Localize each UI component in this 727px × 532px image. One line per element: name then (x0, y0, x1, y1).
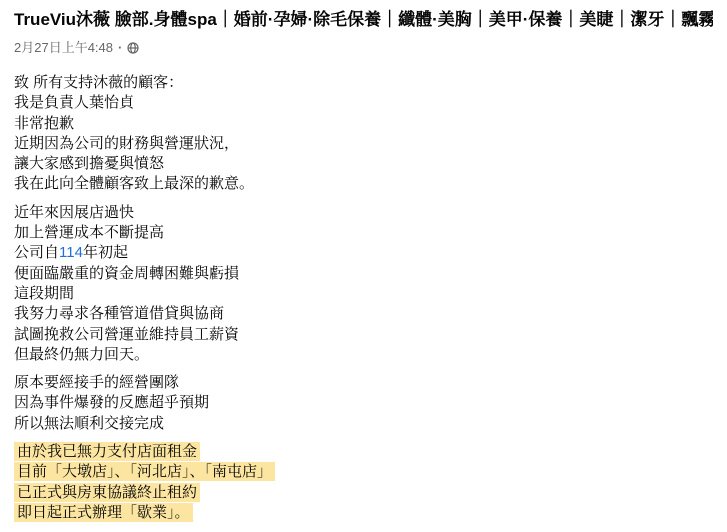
post-line: 但最終仍無力回天。 (14, 345, 713, 365)
post-line: 所以無法順利交接完成 (14, 414, 713, 434)
post-line: 近年來因展店過快 (14, 203, 713, 223)
body-text: 公司自114年初起 (14, 244, 128, 261)
body-text: 這段期間 (14, 285, 74, 302)
post-line: 這段期間 (14, 284, 713, 304)
highlighted-text: 目前「大墩店」、「河北店」、「南屯店」 (14, 462, 275, 481)
post-paragraph: 近年來因展店過快加上營運成本不斷提高公司自114年初起便面臨嚴重的資金周轉困難與… (14, 203, 713, 365)
post-line: 已正式與房東協議終止租約 (14, 483, 713, 503)
post-line: 因為事件爆發的反應超乎預期 (14, 393, 713, 413)
body-text: 我在此向全體顧客致上最深的歉意。 (14, 175, 254, 192)
post-line: 致 所有支持沐薇的顧客： (14, 73, 713, 93)
post-paragraph: 致 所有支持沐薇的顧客：我是負責人葉怡貞非常抱歉近期因為公司的財務與營運狀況，讓… (14, 73, 713, 195)
post-line: 試圖挽救公司營運並維持員工薪資 (14, 325, 713, 345)
page-name[interactable]: TrueViu沐薇 臉部.身體spa｜婚前·孕婦·除毛保養｜纖體·美胸｜美甲·保… (14, 9, 713, 31)
post-line: 讓大家感到擔憂與憤怒 (14, 154, 713, 174)
highlighted-text: 即日起正式辦理「歇業」。 (14, 503, 193, 522)
body-text: 我是負責人葉怡貞 (14, 94, 134, 111)
post-line: 即日起正式辦理「歇業」。 (14, 503, 713, 523)
body-text: 加上營運成本不斷提高 (14, 224, 164, 241)
body-text: 便面臨嚴重的資金周轉困難與虧損 (14, 265, 239, 282)
post-line: 原本要經接手的經營團隊 (14, 373, 713, 393)
post-line: 非常抱歉 (14, 114, 713, 134)
body-text: 非常抱歉 (14, 115, 74, 132)
body-text: 致 所有支持沐薇的顧客： (14, 74, 183, 91)
body-text: 試圖挽救公司營運並維持員工薪資 (14, 326, 239, 343)
post-line: 公司自114年初起 (14, 243, 713, 263)
post-body: 致 所有支持沐薇的顧客：我是負責人葉怡貞非常抱歉近期因為公司的財務與營運狀況，讓… (14, 73, 713, 523)
body-text: 因為事件爆發的反應超乎預期 (14, 394, 209, 411)
body-text: 但最終仍無力回天。 (14, 346, 149, 363)
inline-link[interactable]: 114 (59, 244, 83, 261)
highlighted-text: 已正式與房東協議終止租約 (14, 483, 200, 502)
post-line: 我在此向全體顧客致上最深的歉意。 (14, 174, 713, 194)
body-text: 讓大家感到擔憂與憤怒 (14, 155, 164, 172)
timestamp[interactable]: 2月27日上午4:48 (14, 40, 113, 56)
facebook-post: TrueViu沐薇 臉部.身體spa｜婚前·孕婦·除毛保養｜纖體·美胸｜美甲·保… (0, 0, 727, 532)
body-text: 我努力尋求各種管道借貸與協商 (14, 305, 224, 322)
post-line: 我是負責人葉怡貞 (14, 93, 713, 113)
post-line: 目前「大墩店」、「河北店」、「南屯店」 (14, 462, 713, 482)
post-paragraph: 由於我已無力支付店面租金目前「大墩店」、「河北店」、「南屯店」已正式與房東協議終… (14, 442, 713, 523)
post-line: 便面臨嚴重的資金周轉困難與虧損 (14, 264, 713, 284)
post-meta: 2月27日上午4:48 · (14, 40, 713, 56)
post-line: 由於我已無力支付店面租金 (14, 442, 713, 462)
post-header: TrueViu沐薇 臉部.身體spa｜婚前·孕婦·除毛保養｜纖體·美胸｜美甲·保… (14, 9, 713, 56)
body-text: 所以無法順利交接完成 (14, 415, 164, 432)
globe-icon (127, 42, 139, 54)
highlighted-text: 由於我已無力支付店面租金 (14, 442, 200, 461)
body-text: 近期因為公司的財務與營運狀況， (14, 135, 239, 152)
body-text: 近年來因展店過快 (14, 204, 134, 221)
body-text: 原本要經接手的經營團隊 (14, 374, 179, 391)
post-paragraph: 原本要經接手的經營團隊因為事件爆發的反應超乎預期所以無法順利交接完成 (14, 373, 713, 434)
post-line: 我努力尋求各種管道借貸與協商 (14, 304, 713, 324)
post-line: 近期因為公司的財務與營運狀況， (14, 134, 713, 154)
post-line: 加上營運成本不斷提高 (14, 223, 713, 243)
dot-separator: · (118, 40, 122, 56)
